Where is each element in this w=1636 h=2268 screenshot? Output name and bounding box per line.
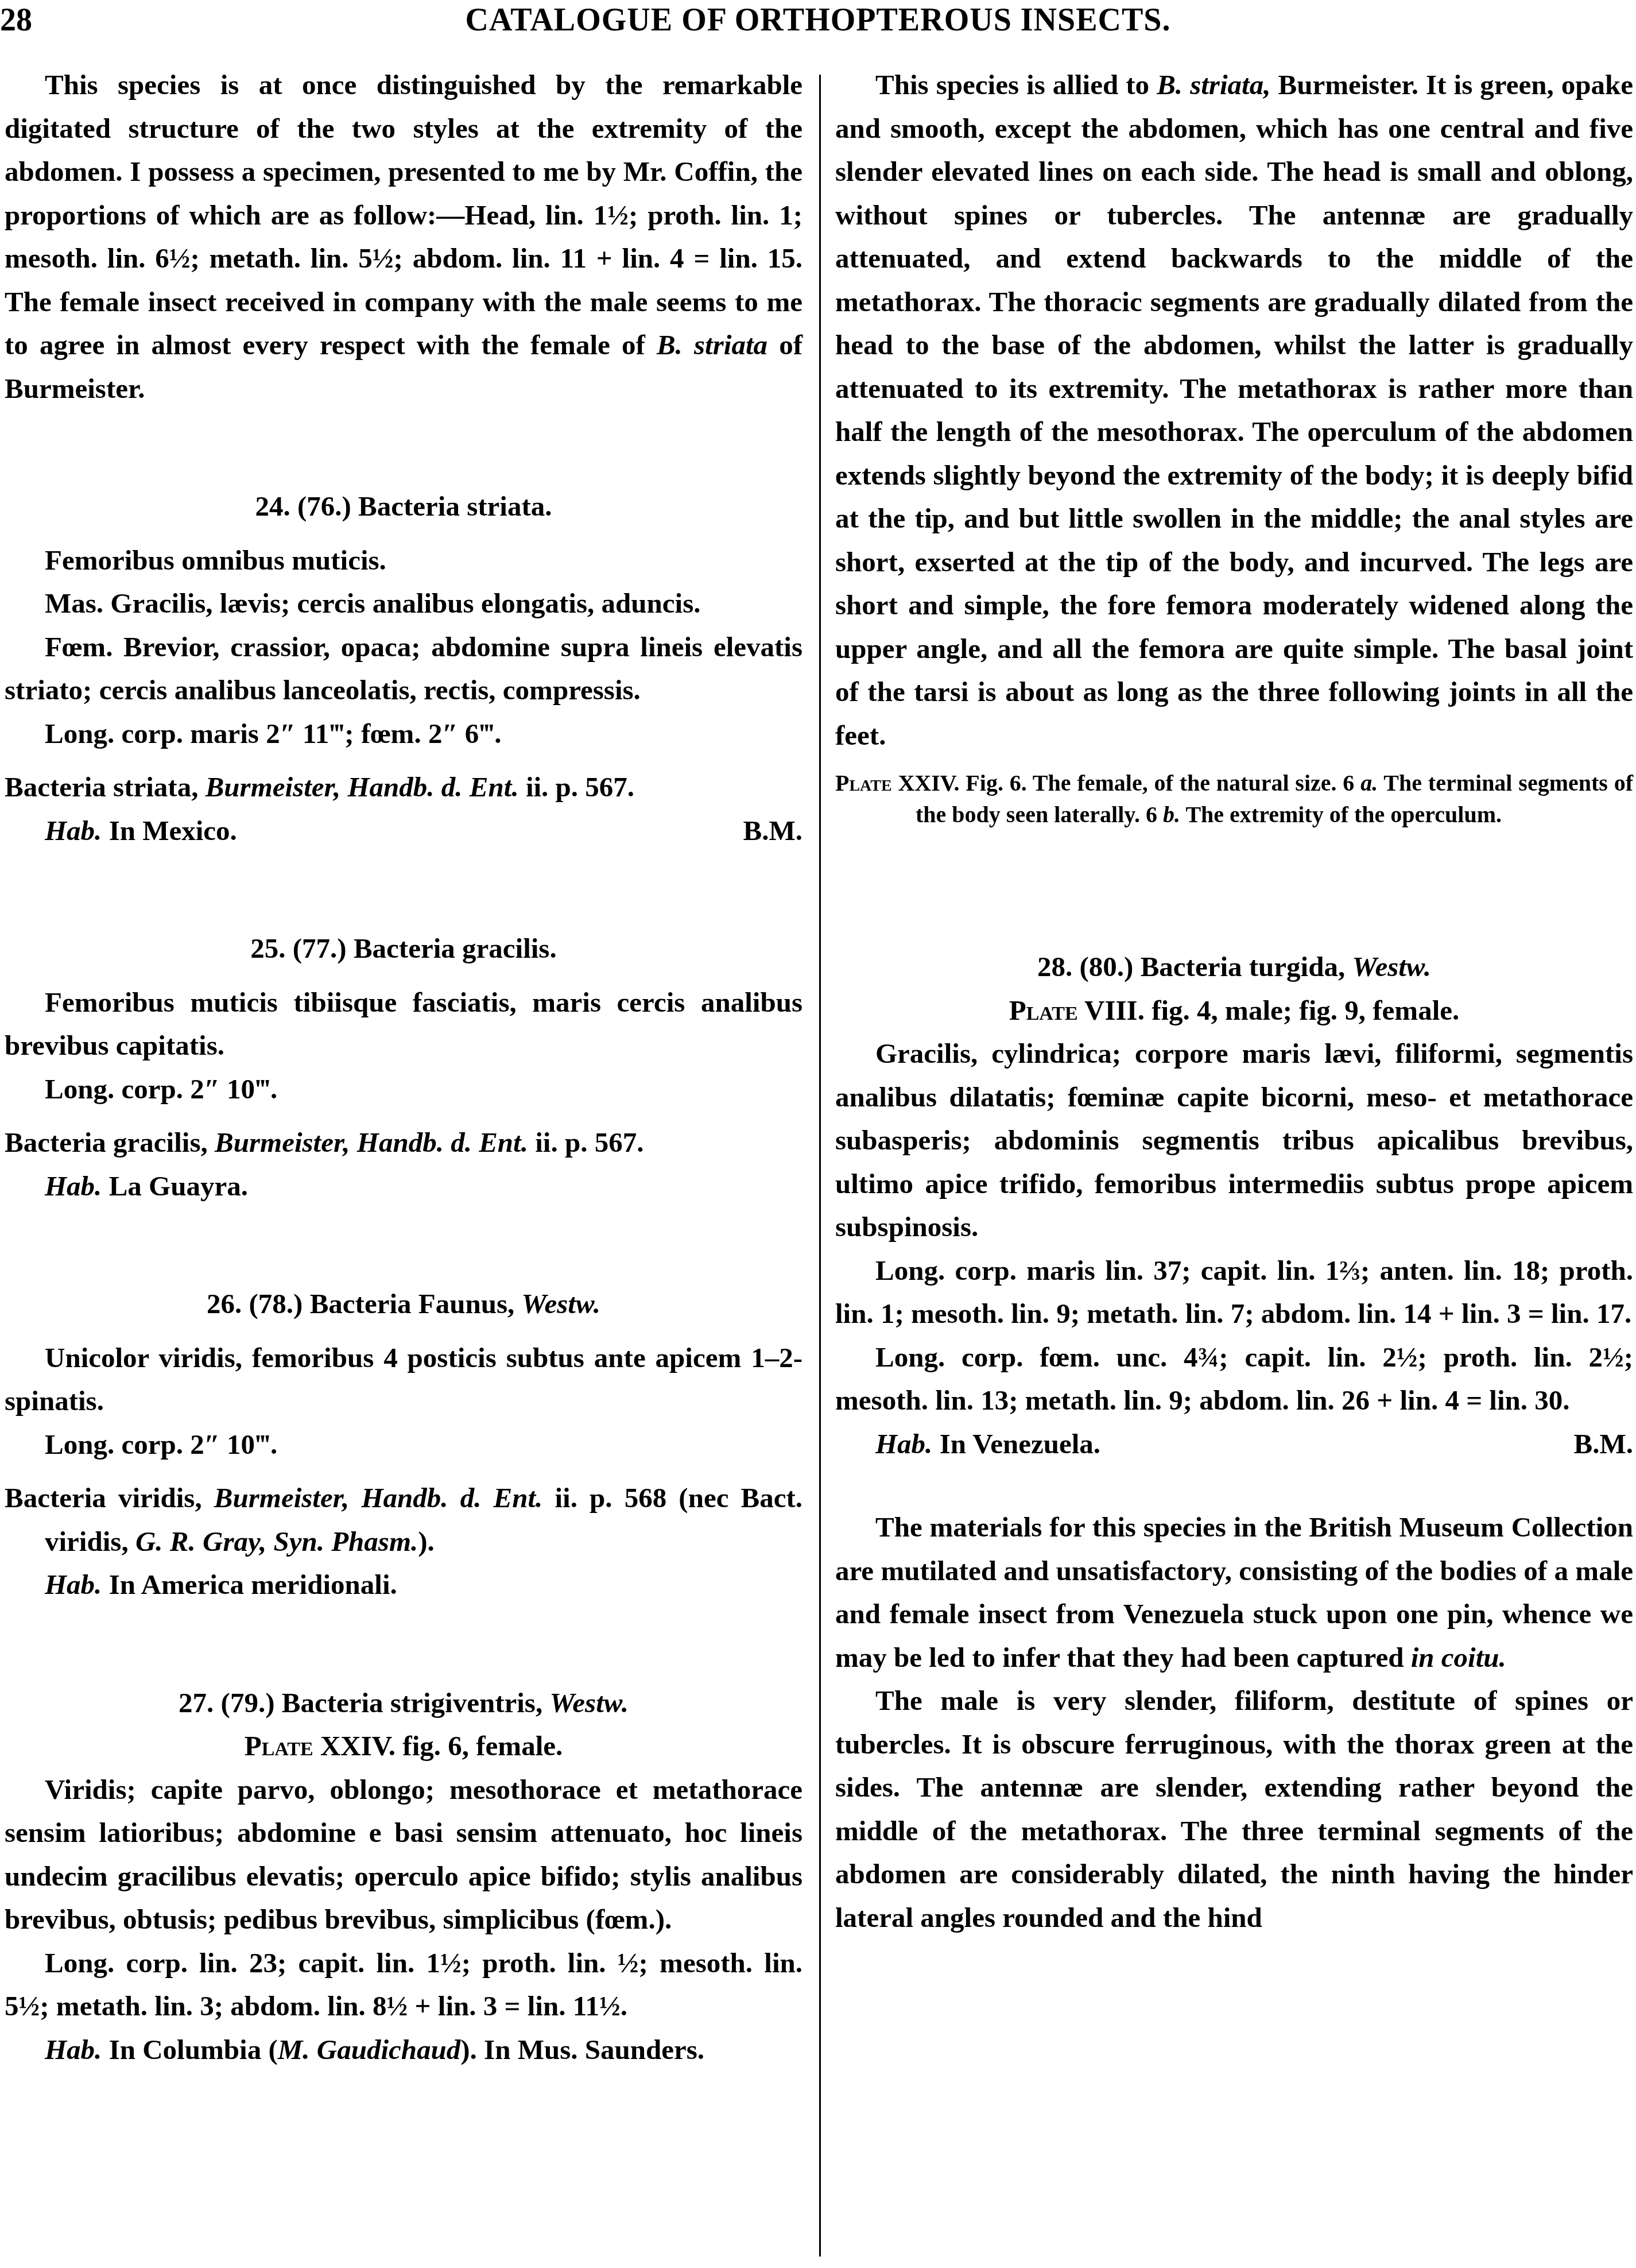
male-description-paragraph: The male is very slender, filiform, dest… bbox=[835, 1679, 1633, 1939]
diagnosis: Fœm. Brevior, crassior, opaca; abdomine … bbox=[5, 625, 803, 712]
reference: Bacteria gracilis, Burmeister, Handb. d.… bbox=[5, 1121, 803, 1164]
left-column: This species is at once distinguished by… bbox=[5, 63, 803, 2071]
habitat-line: Hab. In Columbia (M. Gaudichaud). In Mus… bbox=[5, 2028, 803, 2072]
length-male: Long. corp. maris lin. 37; capit. lin. 1… bbox=[835, 1249, 1633, 1336]
species-heading-28: 28. (80.) Bacteria turgida, Westw. bbox=[835, 945, 1633, 989]
materials-paragraph: The materials for this species in the Br… bbox=[835, 1505, 1633, 1679]
species-heading-25: 25. (77.) Bacteria gracilis. bbox=[5, 927, 803, 970]
length: Long. corp. 2″ 10‴. bbox=[5, 1067, 803, 1111]
intro-paragraph: This species is at once distinguished by… bbox=[5, 63, 803, 410]
diagnosis: Femoribus omnibus muticis. bbox=[5, 539, 803, 582]
plate-reference: Plate XXIV. fig. 6, female. bbox=[5, 1724, 803, 1768]
habitat-line: Hab. La Guayra. bbox=[5, 1164, 803, 1208]
species-heading-27: 27. (79.) Bacteria strigiventris, Westw. bbox=[5, 1681, 803, 1725]
habitat-line: Hab. In Venezuela.B.M. bbox=[835, 1422, 1633, 1466]
diagnosis: Unicolor viridis, femoribus 4 posticis s… bbox=[5, 1336, 803, 1423]
diagnosis: Viridis; capite parvo, oblongo; mesothor… bbox=[5, 1768, 803, 1941]
diagnosis: Mas. Gracilis, lævis; cercis analibus el… bbox=[5, 582, 803, 625]
reference: Bacteria viridis, Burmeister, Handb. d. … bbox=[5, 1476, 803, 1563]
running-title: CATALOGUE OF ORTHOPTEROUS INSECTS. bbox=[0, 0, 1636, 40]
column-divider bbox=[819, 75, 821, 2257]
habitat-line: Hab. In Mexico.B.M. bbox=[5, 809, 803, 853]
page-header: 28 CATALOGUE OF ORTHOPTEROUS INSECTS. bbox=[0, 0, 1636, 46]
species-heading-24: 24. (76.) Bacteria striata. bbox=[5, 485, 803, 528]
habitat-line: Hab. In America meridionali. bbox=[5, 1563, 803, 1607]
length-female: Long. corp. fœm. unc. 4¾; capit. lin. 2½… bbox=[835, 1336, 1633, 1422]
reference: Bacteria striata, Burmeister, Handb. d. … bbox=[5, 765, 803, 809]
diagnosis: Femoribus muticis tibiisque fasciatis, m… bbox=[5, 981, 803, 1067]
right-column: This species is allied to B. striata, Bu… bbox=[835, 63, 1633, 1939]
description-paragraph: This species is allied to B. striata, Bu… bbox=[835, 63, 1633, 757]
length: Long. corp. 2″ 10‴. bbox=[5, 1423, 803, 1466]
plate-reference: Plate VIII. fig. 4, male; fig. 9, female… bbox=[835, 989, 1633, 1032]
length: Long. corp. lin. 23; capit. lin. 1½; pro… bbox=[5, 1941, 803, 2028]
species-heading-26: 26. (78.) Bacteria Faunus, Westw. bbox=[5, 1282, 803, 1326]
plate-caption: Plate XXIV. Fig. 6. The female, of the n… bbox=[835, 767, 1633, 830]
diagnosis: Gracilis, cylindrica; corpore maris lævi… bbox=[835, 1032, 1633, 1249]
length: Long. corp. maris 2″ 11‴; fœm. 2″ 6‴. bbox=[5, 712, 803, 756]
